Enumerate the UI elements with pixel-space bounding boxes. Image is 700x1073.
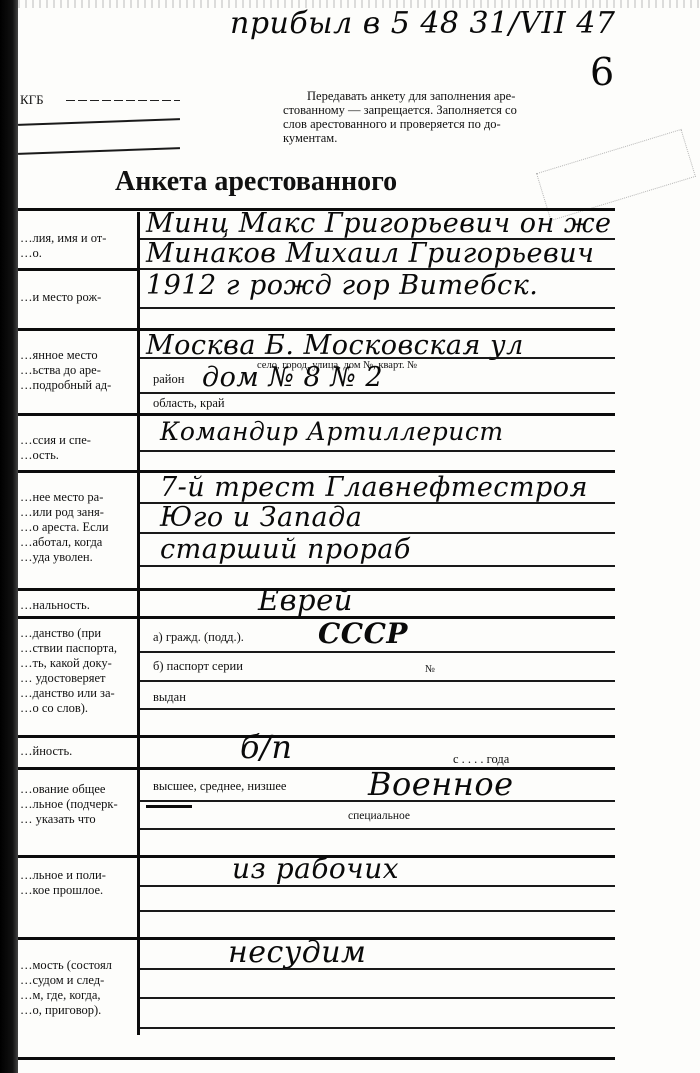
label-line: …лия, имя и от-: [20, 231, 136, 246]
label-line: …о со слов).: [20, 701, 136, 716]
ruled-line: [140, 307, 615, 309]
region-label: область, край: [153, 396, 225, 411]
ruled-line: [140, 708, 615, 710]
section-divider: [18, 735, 615, 738]
value-nationality: Еврей: [258, 583, 353, 617]
label-line: …или род заня-: [20, 505, 136, 520]
agency-line-3: [18, 147, 180, 154]
label-line: …льное (подчерк-: [20, 797, 136, 812]
label-line: …йность.: [20, 744, 136, 759]
value-name-2: Минаков Михаил Григорьевич: [146, 238, 594, 269]
education-levels-label: высшее, среднее, низшее: [153, 779, 286, 794]
issued-label: выдан: [153, 690, 186, 705]
district-label: район: [153, 372, 184, 387]
ruled-line: [140, 997, 615, 999]
column-divider: [137, 212, 140, 1035]
value-citizenship: СССР: [318, 617, 408, 650]
ruled-line: [140, 680, 615, 682]
ruled-line: [140, 910, 615, 912]
instruction-text: Передавать анкету для заполнения аре- ст…: [283, 89, 618, 145]
label-line: …подробный ад-: [20, 378, 136, 393]
label-line: …льное и поли-: [20, 868, 136, 883]
label-line: … удостоверяет: [20, 671, 136, 686]
label-line: … указать что: [20, 812, 136, 827]
label-line: …ть, какой доку-: [20, 656, 136, 671]
label-residence: …янное место …ьства до аре- …подробный а…: [20, 348, 136, 393]
value-residence-2: дом № 8 № 2: [202, 362, 383, 393]
label-line: …мость (состоял: [20, 958, 136, 973]
label-citizenship: …данство (при …ствии паспорта, …ть, како…: [20, 626, 136, 716]
ruled-line: [140, 565, 615, 567]
label-line: …о ареста. Если: [20, 520, 136, 535]
citizenship-label: а) гражд. (подд.).: [153, 630, 244, 645]
label-line: …ование общее: [20, 782, 136, 797]
ruled-line: [140, 885, 615, 887]
label-line: …ьства до аре-: [20, 363, 136, 378]
table-bottom-border: [18, 1057, 615, 1060]
section-divider: [18, 767, 615, 770]
ruled-line: [140, 450, 615, 452]
label-workplace: …нее место ра- …или род заня- …о ареста.…: [20, 490, 136, 565]
value-name-1: Минц Макс Григорьевич он же: [146, 208, 612, 239]
section-divider: [18, 413, 615, 416]
value-workplace-3: старший прораб: [160, 534, 411, 565]
ruled-line: [140, 968, 615, 970]
value-profession: Командир Артиллерист: [160, 417, 504, 446]
instruction-line: слов арестованного и проверяется по до-: [283, 117, 618, 131]
ruled-line: [140, 828, 615, 830]
instruction-line: стованному — запрещается. Заполняется со: [283, 103, 618, 117]
page-number: 6: [590, 50, 615, 94]
label-line: …ссия и спе-: [20, 433, 136, 448]
label-line: …ость.: [20, 448, 136, 463]
label-education: …ование общее …льное (подчерк- … указать…: [20, 782, 136, 827]
section-divider: [18, 268, 138, 271]
label-line: …м, где, когда,: [20, 988, 136, 1003]
ruled-line: [140, 1027, 615, 1029]
ruled-line: [140, 392, 615, 394]
label-line: …и место рож-: [20, 290, 136, 305]
label-line: …аботал, когда: [20, 535, 136, 550]
section-divider: [18, 616, 615, 619]
label-line: …о.: [20, 246, 136, 261]
ruled-line: [140, 800, 615, 802]
agency-line: [66, 100, 180, 101]
value-workplace-2: Юго и Запада: [160, 502, 362, 533]
label-line: …судом и след-: [20, 973, 136, 988]
label-party: …йность.: [20, 744, 136, 759]
label-social-origin: …льное и поли- …кое прошлое.: [20, 868, 136, 898]
value-social-origin: из рабочих: [232, 852, 399, 885]
ruled-line: [140, 651, 615, 653]
label-line: …ствии паспорта,: [20, 641, 136, 656]
label-line: …нальность.: [20, 598, 136, 613]
label-name: …лия, имя и от- …о.: [20, 231, 136, 261]
value-workplace-1: 7-й трест Главнефтестроя: [160, 472, 588, 503]
ruled-line: [140, 357, 615, 359]
value-criminal-record: несудим: [228, 935, 366, 970]
arrival-annotation: прибыл в 5 48 31/VII 47: [230, 6, 615, 41]
label-criminal-record: …мость (состоял …судом и след- …м, где, …: [20, 958, 136, 1018]
label-line: …данство или за-: [20, 686, 136, 701]
label-line: …уда уволен.: [20, 550, 136, 565]
label-line: …о, приговор).: [20, 1003, 136, 1018]
agency-label: КГБ: [20, 92, 44, 108]
label-line: …янное место: [20, 348, 136, 363]
label-line: …нее место ра-: [20, 490, 136, 505]
value-education: Военное: [368, 765, 514, 803]
label-line: …кое прошлое.: [20, 883, 136, 898]
label-birth: …и место рож-: [20, 290, 136, 305]
label-nationality: …нальность.: [20, 598, 136, 613]
value-birth: 1912 г рожд гор Витебск.: [146, 270, 538, 301]
special-education-label: специальное: [348, 810, 410, 822]
page-title: Анкета арестованного: [115, 166, 397, 198]
instruction-line: Передавать анкету для заполнения аре-: [283, 89, 618, 103]
label-line: …данство (при: [20, 626, 136, 641]
instruction-line: кументам.: [283, 131, 618, 145]
value-party: б/п: [240, 728, 292, 766]
agency-line-2: [18, 118, 180, 125]
binding-edge: [0, 0, 18, 1073]
passport-series-label: б) паспорт серии: [153, 659, 243, 674]
underline-mark: [146, 805, 192, 808]
passport-number-label: №: [425, 664, 435, 675]
label-profession: …ссия и спе- …ость.: [20, 433, 136, 463]
